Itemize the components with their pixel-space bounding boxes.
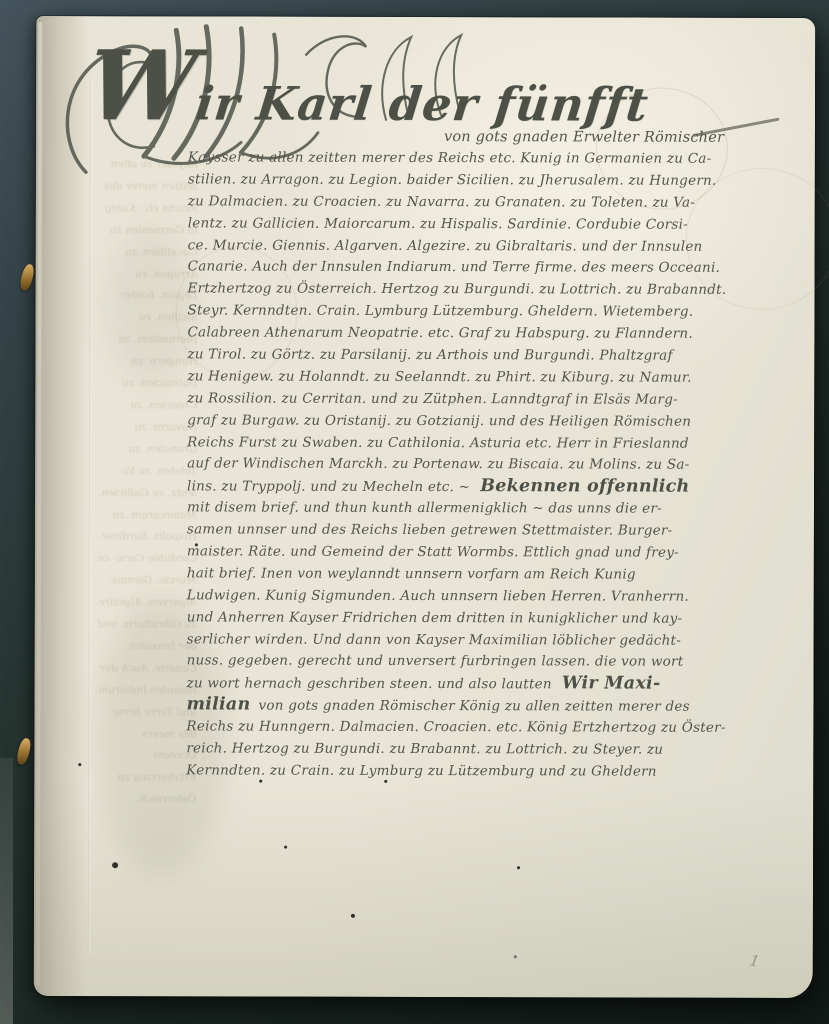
text-line: Reichs zu Hunngern. Dalmacien. Croacien.… [186, 717, 782, 740]
text-line: nuss. gegeben. gerecht und unversert fur… [187, 651, 783, 674]
text-line: hait brief. Inen von weylanndt unnsern v… [187, 563, 783, 586]
text-line: milianvon gots gnaden Römischer König zu… [186, 695, 782, 718]
line-text: und Anherren Kayser Fridrichen dem dritt… [187, 609, 683, 626]
text-line: graf zu Burgaw. zu Oristanij. zu Gotzian… [187, 410, 783, 433]
text-line: reich. Hertzog zu Burgundi. zu Brabannt.… [186, 738, 782, 761]
line-text: Ludwigen. Kunig Sigmunden. Auch unnsern … [187, 587, 689, 604]
text-line: auf der Windischen Marckh. zu Portenaw. … [187, 454, 783, 477]
ink-spot [112, 862, 118, 868]
text-line: serlicher wirden. Und dann von Kayser Ma… [187, 629, 783, 652]
ink-spot [351, 914, 355, 918]
line-text: lentz. zu Gallicien. Maiorcarum. zu Hisp… [188, 215, 688, 232]
line-text: reich. Hertzog zu Burgundi. zu Brabannt.… [186, 740, 663, 757]
text-line: zu wort hernach geschriben steen. und al… [187, 673, 783, 696]
emphasized-text: Bekennen offennlich [480, 477, 689, 498]
ink-spot [259, 780, 262, 783]
text-line: lins. zu Tryppolj. und zu Mecheln etc. ~… [187, 476, 783, 499]
text-line: samen unnser und des Reichs lieben getre… [187, 520, 783, 543]
line-text: ce. Murcie. Giennis. Algarven. Algezire.… [188, 237, 703, 254]
line-text: von gots gnaden Römischer König zu allen… [258, 698, 689, 715]
line-text: nuss. gegeben. gerecht und unversert fur… [187, 653, 684, 670]
heading-text: ir Karl der fünfft [193, 76, 651, 131]
manuscript-photo: Kaysser zu allen zeitten merer des Reich… [0, 0, 829, 1024]
text-line: Kernndten. zu Crain. zu Lymburg zu Lütze… [186, 760, 782, 783]
text-line: Ludwigen. Kunig Sigmunden. Auch unnsern … [187, 585, 783, 608]
binding-tie [15, 737, 32, 766]
line-text: zu Rossilion. zu Cerritan. und zu Zütphe… [187, 390, 678, 407]
text-line: zu Rossilion. zu Cerritan. und zu Zütphe… [187, 388, 783, 411]
line-text: samen unnser und des Reichs lieben getre… [187, 522, 672, 539]
line-text: Kernndten. zu Crain. zu Lymburg zu Lütze… [186, 762, 656, 779]
line-text: maister. Räte. und Gemeind der Statt Wor… [187, 543, 679, 560]
text-line: mit disem brief. und thun kunth allermen… [187, 498, 783, 521]
line-text: Reichs zu Hunngern. Dalmacien. Croacien.… [186, 719, 725, 736]
stain-ring [175, 246, 297, 378]
line-text: Reichs Furst zu Swaben. zu Cathilonia. A… [187, 434, 689, 451]
emphasized-text: milian [186, 695, 250, 715]
line-text: serlicher wirden. Und dann von Kayser Ma… [187, 631, 681, 648]
page-number: 1 [748, 951, 761, 970]
line-text: lins. zu Tryppolj. und zu Mecheln etc. ~ [187, 479, 470, 496]
verso-bleedthrough-text: Kaysser zu allen zeitten merer des Reich… [92, 154, 198, 802]
initial-letter: W [83, 38, 195, 134]
ink-spot [514, 955, 517, 958]
parchment-page: Kaysser zu allen zeitten merer des Reich… [34, 16, 816, 998]
opening-heading: W ir Karl der fünfft [88, 38, 648, 135]
text-line: und Anherren Kayser Fridrichen dem dritt… [187, 607, 783, 630]
text-line: Reichs Furst zu Swaben. zu Cathilonia. A… [187, 432, 783, 455]
binding-tie [18, 263, 35, 292]
binding-gutter-shadow [34, 16, 89, 996]
ink-spot [78, 763, 81, 766]
line-text: graf zu Burgaw. zu Oristanij. zu Gotzian… [187, 412, 691, 429]
line-text: hait brief. Inen von weylanndt unnsern v… [187, 565, 636, 582]
ink-spot [384, 780, 387, 783]
line-text: zu wort hernach geschriben steen. und al… [187, 676, 552, 693]
ink-spot [517, 866, 520, 869]
line-text: auf der Windischen Marckh. zu Portenaw. … [187, 456, 689, 473]
ink-spot [284, 846, 287, 849]
text-line: zu Henigew. zu Holanndt. zu Seelanndt. z… [187, 366, 783, 389]
text-line: maister. Räte. und Gemeind der Statt Wor… [187, 541, 783, 564]
backdrop-edge [0, 758, 13, 1024]
line-text: mit disem brief. und thun kunth allermen… [187, 500, 662, 517]
ink-spot [195, 543, 198, 546]
emphasized-text: Wir Maxi- [562, 674, 661, 694]
stain-ring [686, 168, 829, 310]
